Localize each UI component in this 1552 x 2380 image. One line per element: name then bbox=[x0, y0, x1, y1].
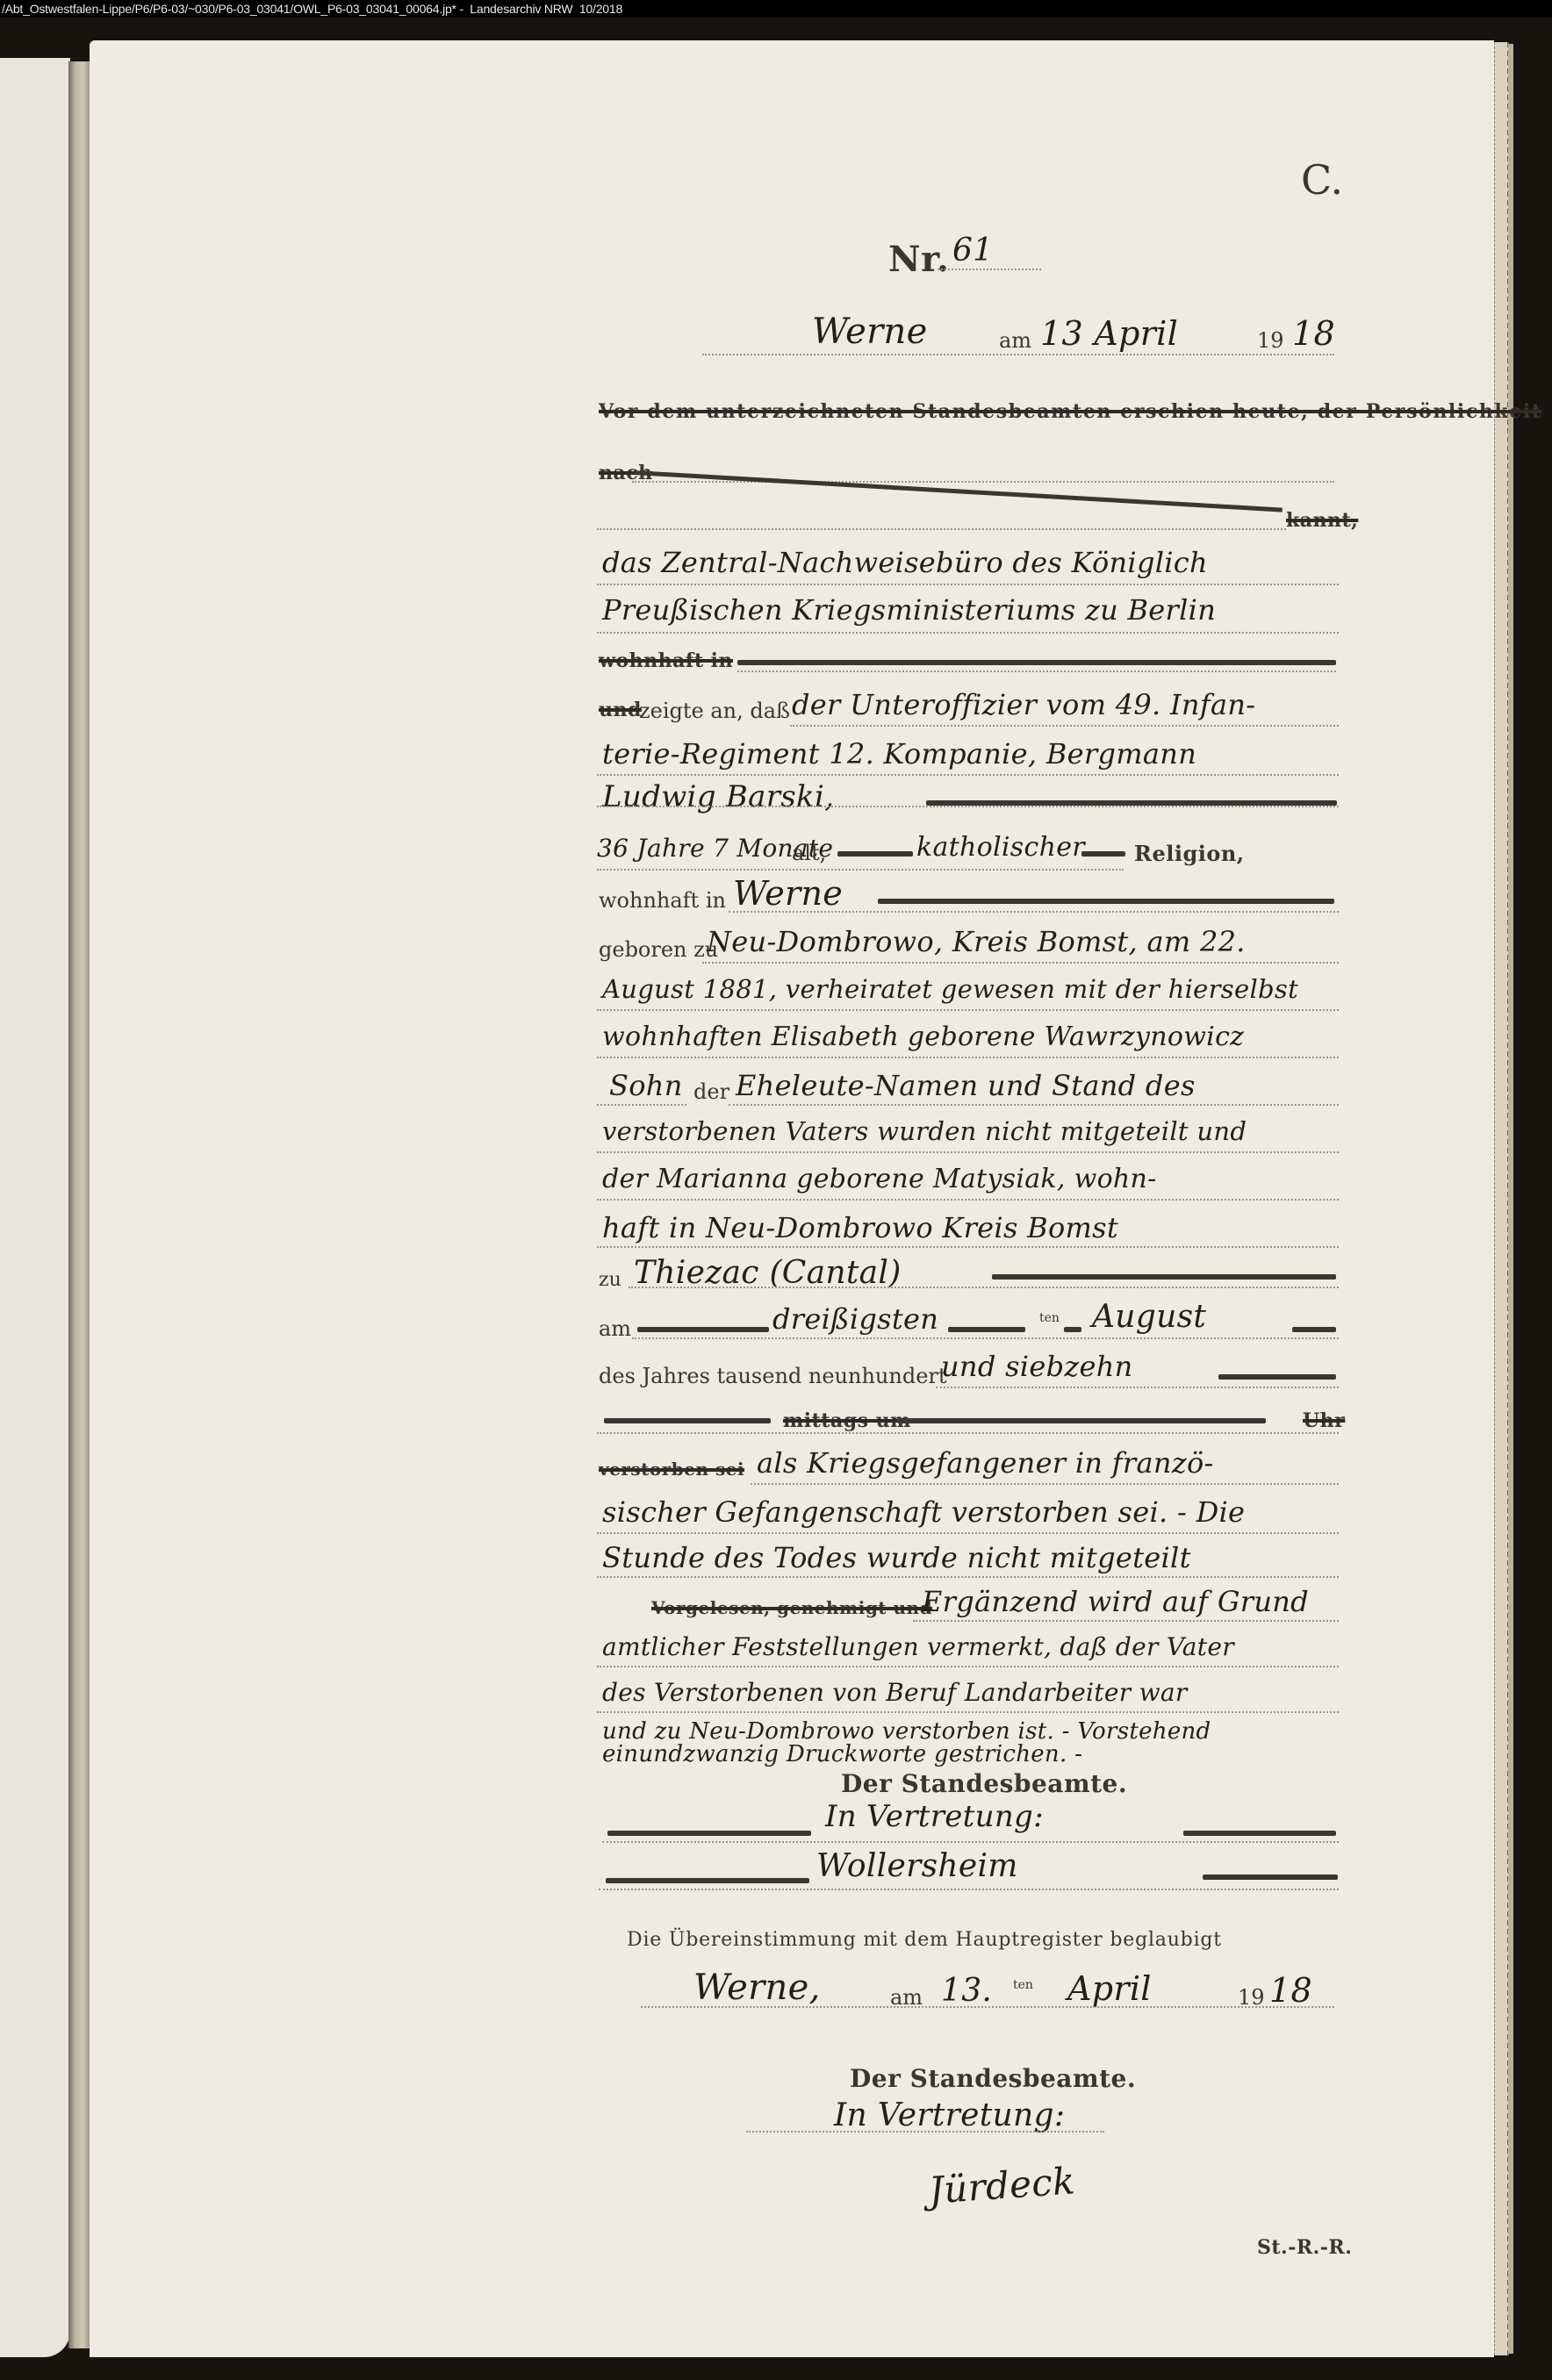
registrar-name-fill-bar-left bbox=[606, 1878, 809, 1883]
addendum-dotted-line-3 bbox=[597, 1711, 1339, 1713]
struck-wohnhaft-in: wohnhaft in bbox=[599, 649, 733, 672]
death-day-value: dreißigsten bbox=[772, 1302, 938, 1336]
der-label: der bbox=[693, 1079, 729, 1104]
ten-suffix: ten bbox=[1039, 1311, 1060, 1325]
cert-registrar-dotted-line bbox=[746, 2131, 1104, 2133]
death-place-label: zu bbox=[599, 1269, 622, 1291]
religion-value: katholischer bbox=[916, 832, 1085, 863]
deceased-dotted-line-2 bbox=[597, 774, 1339, 776]
previous-page-edge bbox=[0, 58, 70, 2357]
born-label: geboren zu bbox=[599, 937, 718, 962]
time-dotted-line bbox=[597, 1432, 1339, 1434]
deceased-dotted-line-3 bbox=[597, 806, 1339, 807]
remark-dotted-line-1 bbox=[751, 1483, 1339, 1485]
birth-dotted-line-3 bbox=[597, 1057, 1339, 1058]
son-value: Sohn bbox=[609, 1069, 683, 1102]
registrar-fill-bar-right bbox=[1183, 1831, 1336, 1836]
registrar-fill-bar-left bbox=[607, 1831, 811, 1836]
informant-dotted-line-1 bbox=[597, 584, 1339, 585]
birth-line-2: August 1881, verheiratet gewesen mit der… bbox=[602, 974, 1298, 1004]
death-day-fill-bar-left bbox=[637, 1327, 769, 1332]
cert-ten-suffix: ten bbox=[1013, 1978, 1033, 1992]
remark-line-1: als Kriegsgefangener in franzö- bbox=[757, 1446, 1214, 1480]
month-dash bbox=[1064, 1327, 1081, 1332]
cert-registrar-title: Der Standesbeamte. bbox=[850, 2064, 1136, 2093]
record-number-dotted-line bbox=[938, 269, 1041, 270]
struck-intro-line-1: Vor dem unterzeichneten Standesbeamten e… bbox=[599, 400, 1542, 423]
minute-fill-bar bbox=[897, 1418, 1266, 1423]
addendum-line-2: amtlicher Feststellungen vermerkt, daß d… bbox=[602, 1632, 1234, 1661]
death-day-fill-bar-right bbox=[948, 1327, 1025, 1332]
struck-mittags-um: mittags um bbox=[783, 1409, 911, 1432]
registrar-dotted-line-1 bbox=[602, 1841, 1339, 1843]
wohnhaft-strike-bar bbox=[737, 660, 1336, 665]
footer-form-code: St.-R.-R. bbox=[1257, 2236, 1352, 2259]
death-am-label: am bbox=[599, 1316, 631, 1341]
residence-dotted-line bbox=[729, 911, 1339, 913]
parents-line-4: haft in Neu-Dombrowo Kreis Bomst bbox=[602, 1211, 1118, 1244]
death-place-dotted-line bbox=[629, 1287, 1339, 1288]
remark-dotted-line-3 bbox=[597, 1576, 1339, 1578]
cert-day: 13. bbox=[941, 1973, 992, 2009]
residence-label: wohnhaft in bbox=[599, 888, 726, 913]
death-year-fill-bar bbox=[1218, 1374, 1336, 1380]
wohnhaft-dotted-line bbox=[737, 670, 1336, 672]
deceased-line-1: der Unteroffizier vom 49. Infan- bbox=[792, 688, 1255, 721]
parents-dotted-line-3 bbox=[597, 1199, 1339, 1201]
death-date-dotted-line bbox=[632, 1337, 1339, 1339]
death-year-dotted-line bbox=[936, 1387, 1339, 1388]
addendum-dotted-line-1 bbox=[913, 1620, 1339, 1622]
addendum-line-3: des Verstorbenen von Beruf Landarbeiter … bbox=[602, 1678, 1188, 1707]
remark-line-3: Stunde des Todes wurde nicht mitgeteilt bbox=[602, 1541, 1191, 1574]
header-year-prefix: 19 bbox=[1257, 328, 1284, 353]
parents-dotted-line-1 bbox=[729, 1104, 1339, 1106]
registrar-name: Wollersheim bbox=[816, 1848, 1018, 1884]
struck-verstorben-sei: verstorben sei bbox=[599, 1459, 744, 1480]
religion-fill-bar-right bbox=[1081, 851, 1125, 857]
form-letter: C. bbox=[1301, 156, 1343, 204]
header-year-suffix: 18 bbox=[1292, 314, 1335, 353]
intro-dotted-line-2 bbox=[597, 528, 1286, 530]
parents-dotted-line-4 bbox=[597, 1246, 1339, 1248]
header-date-dotted-line bbox=[702, 354, 1334, 355]
parents-dotted-line-2 bbox=[597, 1151, 1339, 1153]
deceased-line-2: terie-Regiment 12. Kompanie, Bergmann bbox=[602, 737, 1196, 771]
birth-dotted-line-1 bbox=[702, 962, 1339, 964]
struck-uhr: Uhr bbox=[1303, 1409, 1345, 1432]
residence-value: Werne bbox=[733, 874, 843, 913]
addendum-dotted-line-2 bbox=[597, 1666, 1339, 1667]
residence-fill-bar bbox=[878, 899, 1334, 904]
book-gutter bbox=[68, 61, 90, 2348]
year-label: des Jahres tausend neunhundert bbox=[599, 1364, 947, 1388]
cert-in-vertretung: In Vertretung: bbox=[834, 2097, 1065, 2133]
death-year-value: und siebzehn bbox=[941, 1350, 1133, 1383]
deceased-dotted-line-1 bbox=[790, 725, 1339, 727]
death-month-fill-bar bbox=[1292, 1327, 1336, 1332]
remark-line-2: sischer Gefangenschaft verstorben sei. -… bbox=[602, 1495, 1245, 1529]
struck-und: und bbox=[599, 699, 642, 721]
page-stack-edge-inner bbox=[1508, 44, 1513, 2354]
registrar-title: Der Standesbeamte. bbox=[841, 1769, 1127, 1798]
header-place: Werne bbox=[812, 312, 928, 352]
record-number-label: Nr. bbox=[888, 239, 949, 280]
cert-place: Werne, bbox=[693, 1968, 821, 2008]
parents-line-3: der Marianna geborene Matysiak, wohn- bbox=[602, 1164, 1157, 1194]
informant-line-2: Preußischen Kriegsministeriums zu Berlin bbox=[602, 593, 1216, 627]
informant-line-1: das Zentral-Nachweisebüro des Königlich bbox=[602, 546, 1208, 579]
cert-year-suffix: 18 bbox=[1269, 1971, 1312, 2010]
age-label: alt, bbox=[792, 841, 826, 865]
header-am-label: am bbox=[999, 328, 1031, 353]
informant-dotted-line-2 bbox=[597, 632, 1339, 634]
cert-date-dotted-line bbox=[641, 2006, 1334, 2008]
page-stack-edge bbox=[1494, 42, 1509, 2355]
addendum-line-5: einundzwanzig Druckworte gestrichen. - bbox=[602, 1741, 1082, 1767]
registrar-in-vertretung: In Vertretung: bbox=[825, 1799, 1044, 1834]
window-title-bar: /Abt_Ostwestfalen-Lippe/P6/P6-03/~030/P6… bbox=[0, 0, 1552, 18]
zeigte-an-label: zeigte an, daß bbox=[639, 699, 790, 723]
hour-fill-bar bbox=[604, 1418, 771, 1423]
cert-month: April bbox=[1067, 1969, 1152, 2008]
age-religion-dotted-line bbox=[597, 869, 1124, 871]
remark-dotted-line-2 bbox=[597, 1532, 1339, 1534]
deceased-name: Ludwig Barski, bbox=[602, 779, 834, 814]
religion-label: Religion, bbox=[1134, 841, 1245, 866]
record-number-value: 61 bbox=[952, 233, 993, 269]
death-month-value: August bbox=[1092, 1299, 1206, 1335]
certification-text: Die Übereinstimmung mit dem Hauptregiste… bbox=[627, 1929, 1222, 1951]
header-date-value: 13 April bbox=[1040, 314, 1178, 353]
registrar-dotted-line-2 bbox=[599, 1889, 1339, 1890]
struck-intro-line-2-right: kannt, bbox=[1286, 509, 1358, 532]
registrar-name-fill-bar-right bbox=[1203, 1875, 1338, 1880]
religion-fill-bar-left bbox=[837, 851, 913, 857]
birth-line-1: Neu-Dombrowo, Kreis Bomst, am 22. bbox=[707, 925, 1246, 958]
birth-dotted-line-2 bbox=[597, 1009, 1339, 1011]
parents-line-1: Eheleute-Namen und Stand des bbox=[736, 1069, 1196, 1102]
struck-vorgelesen: Vorgelesen, genehmigt und bbox=[651, 1597, 932, 1618]
addendum-line-1: Ergänzend wird auf Grund bbox=[922, 1585, 1309, 1618]
death-place-value: Thiezac (Cantal) bbox=[634, 1255, 902, 1291]
death-place-fill-bar bbox=[992, 1274, 1336, 1280]
intro-dotted-line-1 bbox=[632, 481, 1334, 483]
parents-line-2: verstorbenen Vaters wurden nicht mitgete… bbox=[602, 1116, 1247, 1146]
birth-line-3: wohnhaften Elisabeth geborene Wawrzynowi… bbox=[602, 1022, 1244, 1052]
son-dotted-line bbox=[597, 1104, 686, 1106]
